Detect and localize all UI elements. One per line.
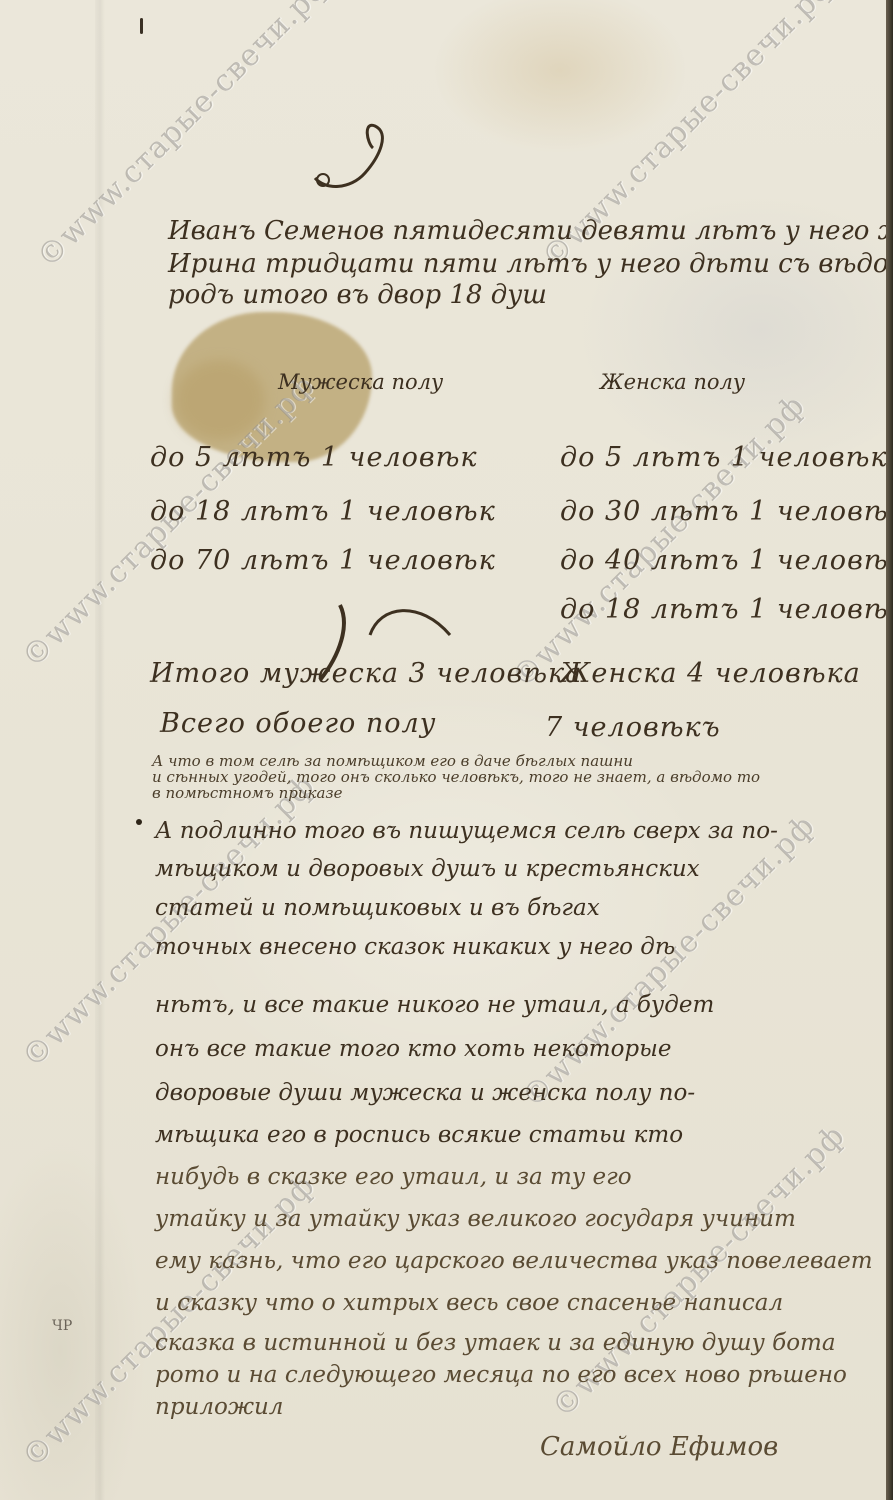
male-column-title: Мужеска полу	[278, 370, 443, 394]
signature: Самойло Ефимов	[540, 1432, 778, 1462]
header-line-3: родъ итого въ двор 18 душ	[168, 280, 547, 310]
body-line: приложил	[155, 1394, 283, 1420]
scan-edge	[886, 0, 893, 1500]
body-line: онъ все такие того кто хоть некоторые	[155, 1036, 672, 1062]
body-line: ему казнь, что его царского величества у…	[155, 1248, 873, 1274]
margin-dot	[136, 819, 142, 825]
body-line: мѣщика его в роспись всякие статьи кто	[155, 1122, 683, 1148]
male-total: Итого мужеска 3 человѣка	[150, 658, 582, 689]
body-line: рото и на следующего месяца по его всех …	[155, 1362, 847, 1388]
body-line: дворовые души мужеска и женска полу по-	[155, 1080, 695, 1106]
note-line-3: в помѣстномъ приказе	[152, 784, 342, 802]
body-line: нѣтъ, и все такие никого не утаил, а буд…	[155, 992, 714, 1018]
watermark-lower-right: ©www.старые-свечи.рф	[515, 808, 822, 1115]
male-row: до 18 лѣтъ 1 человѣк	[150, 496, 496, 527]
body-line: и сказку что о хитрых весь свое спасенье…	[155, 1290, 783, 1316]
female-total: Женска 4 человѣка	[560, 658, 861, 689]
female-row: до 30 лѣтъ 1 человѣк	[560, 496, 893, 527]
female-column-title: Женска полу	[600, 370, 745, 394]
ink-mark	[140, 18, 143, 34]
watermark-mid-right: ©www.старые-свечи.рф	[505, 388, 812, 695]
body-line: нибудь в сказке его утаил, и за ту его	[155, 1164, 632, 1190]
male-row: до 5 лѣтъ 1 человѣк	[150, 442, 478, 473]
body-line: статей и помѣщиковых и въ бѣгах	[155, 895, 600, 921]
header-line-1: Иванъ Семенов пятидесяти девяти лѣтъ у н…	[168, 216, 893, 246]
body-line: точных внесено сказок никаких у него дѣ	[155, 934, 675, 960]
body-line: утайку и за утайку указ великого государ…	[155, 1206, 796, 1232]
body-line: сказка в истинной и без утаек и за едину…	[155, 1330, 836, 1356]
female-row: до 5 лѣтъ 1 человѣк	[560, 442, 888, 473]
manuscript-page: ©www.старые-свечи.рф ©www.старые-свечи.р…	[0, 0, 886, 1500]
header-line-2: Ирина тридцати пяти лѣтъ у него дѣти съ …	[168, 249, 893, 279]
margin-note: ЧР	[52, 1318, 72, 1334]
flourish-icon	[305, 118, 395, 198]
watermark-lower-left: ©www.старые-свечи.рф	[15, 768, 322, 1075]
female-row: до 18 лѣтъ 1 человѣк	[560, 594, 893, 625]
grand-total-label: Всего обоего полу	[160, 708, 436, 739]
female-row: до 40 лѣтъ 1 человѣк	[560, 545, 893, 576]
body-line: мѣщиком и дворовых душъ и крестьянских	[155, 856, 700, 882]
grand-total-value: 7 человѣкъ	[545, 712, 721, 743]
body-line: А подлинно того въ пишущемся селѣ сверх …	[155, 818, 778, 844]
male-row: до 70 лѣтъ 1 человѣк	[150, 545, 496, 576]
